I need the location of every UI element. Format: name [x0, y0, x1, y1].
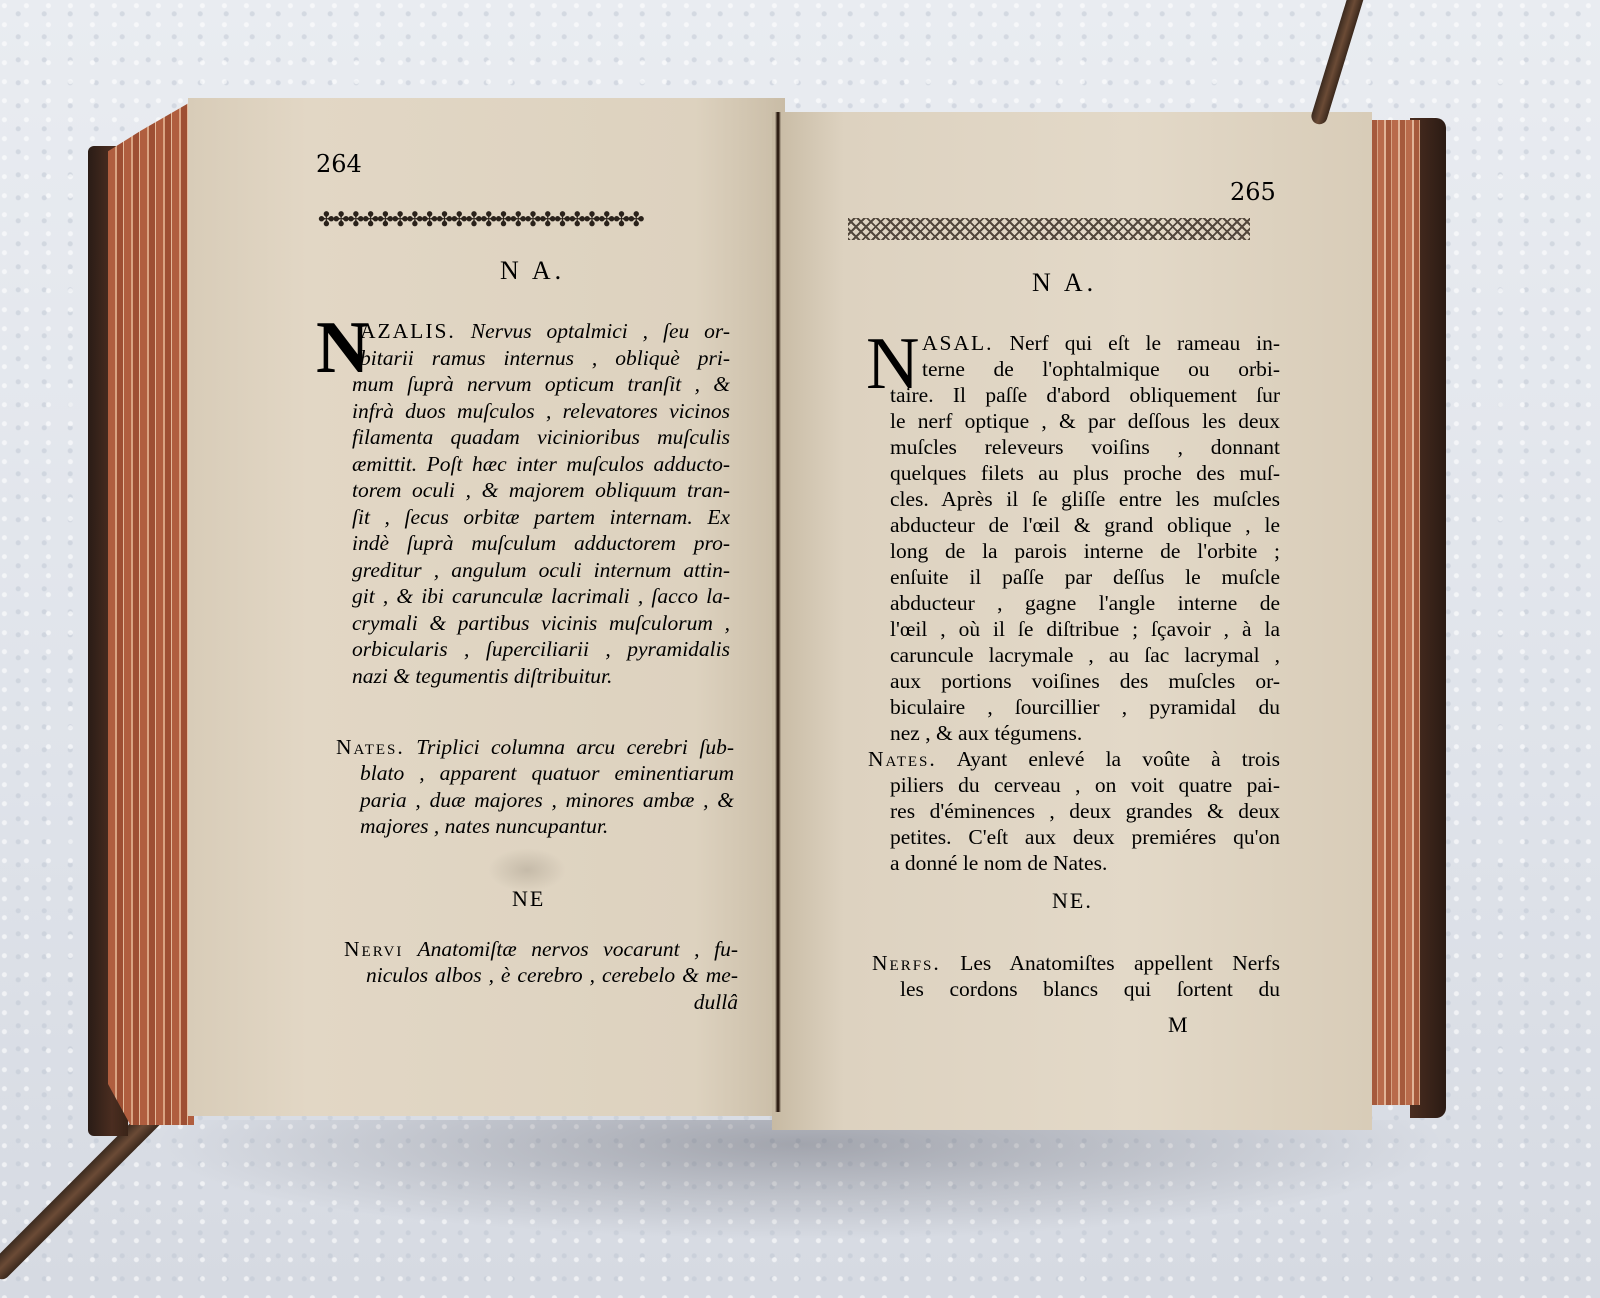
text-line: æmittit. Poſt hæc inter muſculos adducto… — [352, 451, 730, 478]
text-line: greditur , angulum oculi internum attin- — [352, 557, 730, 584]
text-line: ſit , ſecus orbitæ partem internam. Ex — [352, 504, 730, 531]
text-line: nez , & aux tégumens. — [890, 720, 1280, 746]
text-line: quelques filets au plus proche des muſ- — [890, 460, 1280, 486]
text-line: les cordons blancs qui ſortent du — [900, 976, 1280, 1002]
text-line: blato , apparent quatuor eminentiarum — [360, 760, 734, 787]
floral-ornament-band: ✤✤✤✤✤✤✤✤✤✤✤✤✤✤✤✤✤✤✤✤✤✤ — [318, 206, 728, 232]
entry-nasal-french: ASAL. Nerf qui eſt le rameau in- terne d… — [922, 330, 1280, 382]
text-line: Anatomiſtæ nervos vocarunt , fu- — [418, 937, 738, 961]
text-line: paria , duæ majores , minores ambæ , & — [360, 787, 734, 814]
text-line: le nerf optique , & par deſſous les deux — [890, 408, 1280, 434]
headword-nerfs: Nerfs. — [872, 951, 941, 975]
headword-nates-left: Nates. — [336, 735, 405, 759]
text-line: biculaire , ſourcillier , pyramidal du — [890, 694, 1280, 720]
text-line: infrà duos muſculos , relevatores vicino… — [352, 398, 730, 425]
text-line: res d'éminences , deux grandes & deux — [890, 798, 1280, 824]
text-line: Triplici columna arcu cerebri ſub- — [416, 735, 734, 759]
text-line: indè ſuprà muſculum adductorem pro- — [352, 530, 730, 557]
text-line: filamenta quadam vicinioribus muſculis — [352, 424, 730, 451]
entry-nerfs-french-cont: les cordons blancs qui ſortent du — [900, 976, 1280, 1002]
text-line: majores , nates nuncupantur. — [360, 813, 734, 840]
text-line: torem oculi , & majorem obliquum tran- — [352, 477, 730, 504]
entry-nazalis-latin-cont: mum ſuprà nervum opticum tranſit , & inf… — [352, 371, 730, 689]
text-line: a donné le nom de Nates. — [890, 850, 1280, 876]
section-heading-na-left: N A. — [500, 256, 565, 286]
text-line: Nervus optalmici , ſeu or- — [471, 319, 730, 343]
text-line: muſcles releveurs voiſins , donnant — [890, 434, 1280, 460]
text-line: orbicularis , ſuperciliarii , pyramidali… — [352, 636, 730, 663]
entry-nazalis-latin: AZALIS. Nervus optalmici , ſeu or- bitar… — [360, 318, 730, 371]
entry-nates-french: Nates. Ayant enlevé la voûte à trois — [868, 746, 1280, 772]
text-line: caruncule lacrymale , au ſac lacrymal , — [890, 642, 1280, 668]
text-line: Nerf qui eſt le rameau in- — [1009, 331, 1280, 355]
text-line: Les Anatomiſtes appellent Nerfs — [960, 951, 1280, 975]
text-line: l'œil , où il ſe diſtribue ; ſçavoir , à… — [890, 616, 1280, 642]
lattice-ornament-band — [848, 218, 1250, 240]
text-line: crymali & partibus vicinis muſculorum , — [352, 610, 730, 637]
text-line: enſuite il paſſe par deſſus le muſcle — [890, 564, 1280, 590]
text-line: niculos albos , è cerebro , cerebelo & m… — [366, 962, 738, 989]
text-line: long de la parois interne de l'orbite ; — [890, 538, 1280, 564]
text-line: aux portions voiſines des muſcles or- — [890, 668, 1280, 694]
catchword-left: dullâ — [366, 989, 738, 1016]
section-heading-na-right: N A. — [1032, 268, 1097, 298]
entry-nervi-latin: Nervi Anatomiſtæ nervos vocarunt , fu- — [344, 936, 738, 963]
text-line: git , & ibi carunculæ lacrimali , ſacco … — [352, 583, 730, 610]
page-edges-left — [108, 100, 194, 1125]
text-line: cles. Après il ſe gliſſe entre les muſcl… — [890, 486, 1280, 512]
headword-nervi: Nervi — [344, 937, 403, 961]
entry-nates-latin: Nates. Triplici columna arcu cerebri ſub… — [336, 734, 734, 761]
section-heading-ne-left: NE — [512, 886, 545, 912]
book-shadow — [150, 1120, 1450, 1240]
text-line: mum ſuprà nervum opticum tranſit , & — [352, 371, 730, 398]
text-line: abducteur , gagne l'angle interne de — [890, 590, 1280, 616]
text-line: bitarii ramus internus , obliquè pri- — [360, 345, 730, 372]
entry-nervi-latin-cont: niculos albos , è cerebro , cerebelo & m… — [366, 962, 738, 1015]
signature-mark: M — [1168, 1012, 1188, 1038]
headword-nazalis: AZALIS. — [360, 319, 456, 343]
entry-nasal-french-cont: taire. Il paſſe d'abord obliquement ſur … — [890, 382, 1280, 746]
text-line: Ayant enlevé la voûte à trois — [957, 747, 1280, 771]
rusty-rod-top — [1309, 0, 1365, 126]
entry-nates-french-cont: piliers du cerveau , on voit quatre pai-… — [890, 772, 1280, 876]
entry-nerfs-french: Nerfs. Les Anatomiſtes appellent Nerfs — [872, 950, 1280, 976]
text-line: taire. Il paſſe d'abord obliquement ſur — [890, 382, 1280, 408]
text-line: abducteur de l'œil & grand oblique , le — [890, 512, 1280, 538]
text-line: nazi & tegumentis diſtribuitur. — [352, 663, 730, 690]
section-heading-ne-right: NE. — [1052, 888, 1093, 914]
book-gutter — [775, 112, 781, 1112]
text-line: piliers du cerveau , on voit quatre pai- — [890, 772, 1280, 798]
text-line: terne de l'ophtalmique ou orbi- — [922, 356, 1280, 382]
headword-nasal: ASAL. — [922, 331, 994, 355]
headword-nates-right: Nates. — [868, 747, 937, 771]
text-line: petites. C'eſt aux deux premiéres qu'on — [890, 824, 1280, 850]
page-number-right: 265 — [1230, 178, 1276, 206]
entry-nates-latin-cont: blato , apparent quatuor eminentiarum pa… — [360, 760, 734, 840]
page-number-left: 264 — [316, 150, 362, 178]
